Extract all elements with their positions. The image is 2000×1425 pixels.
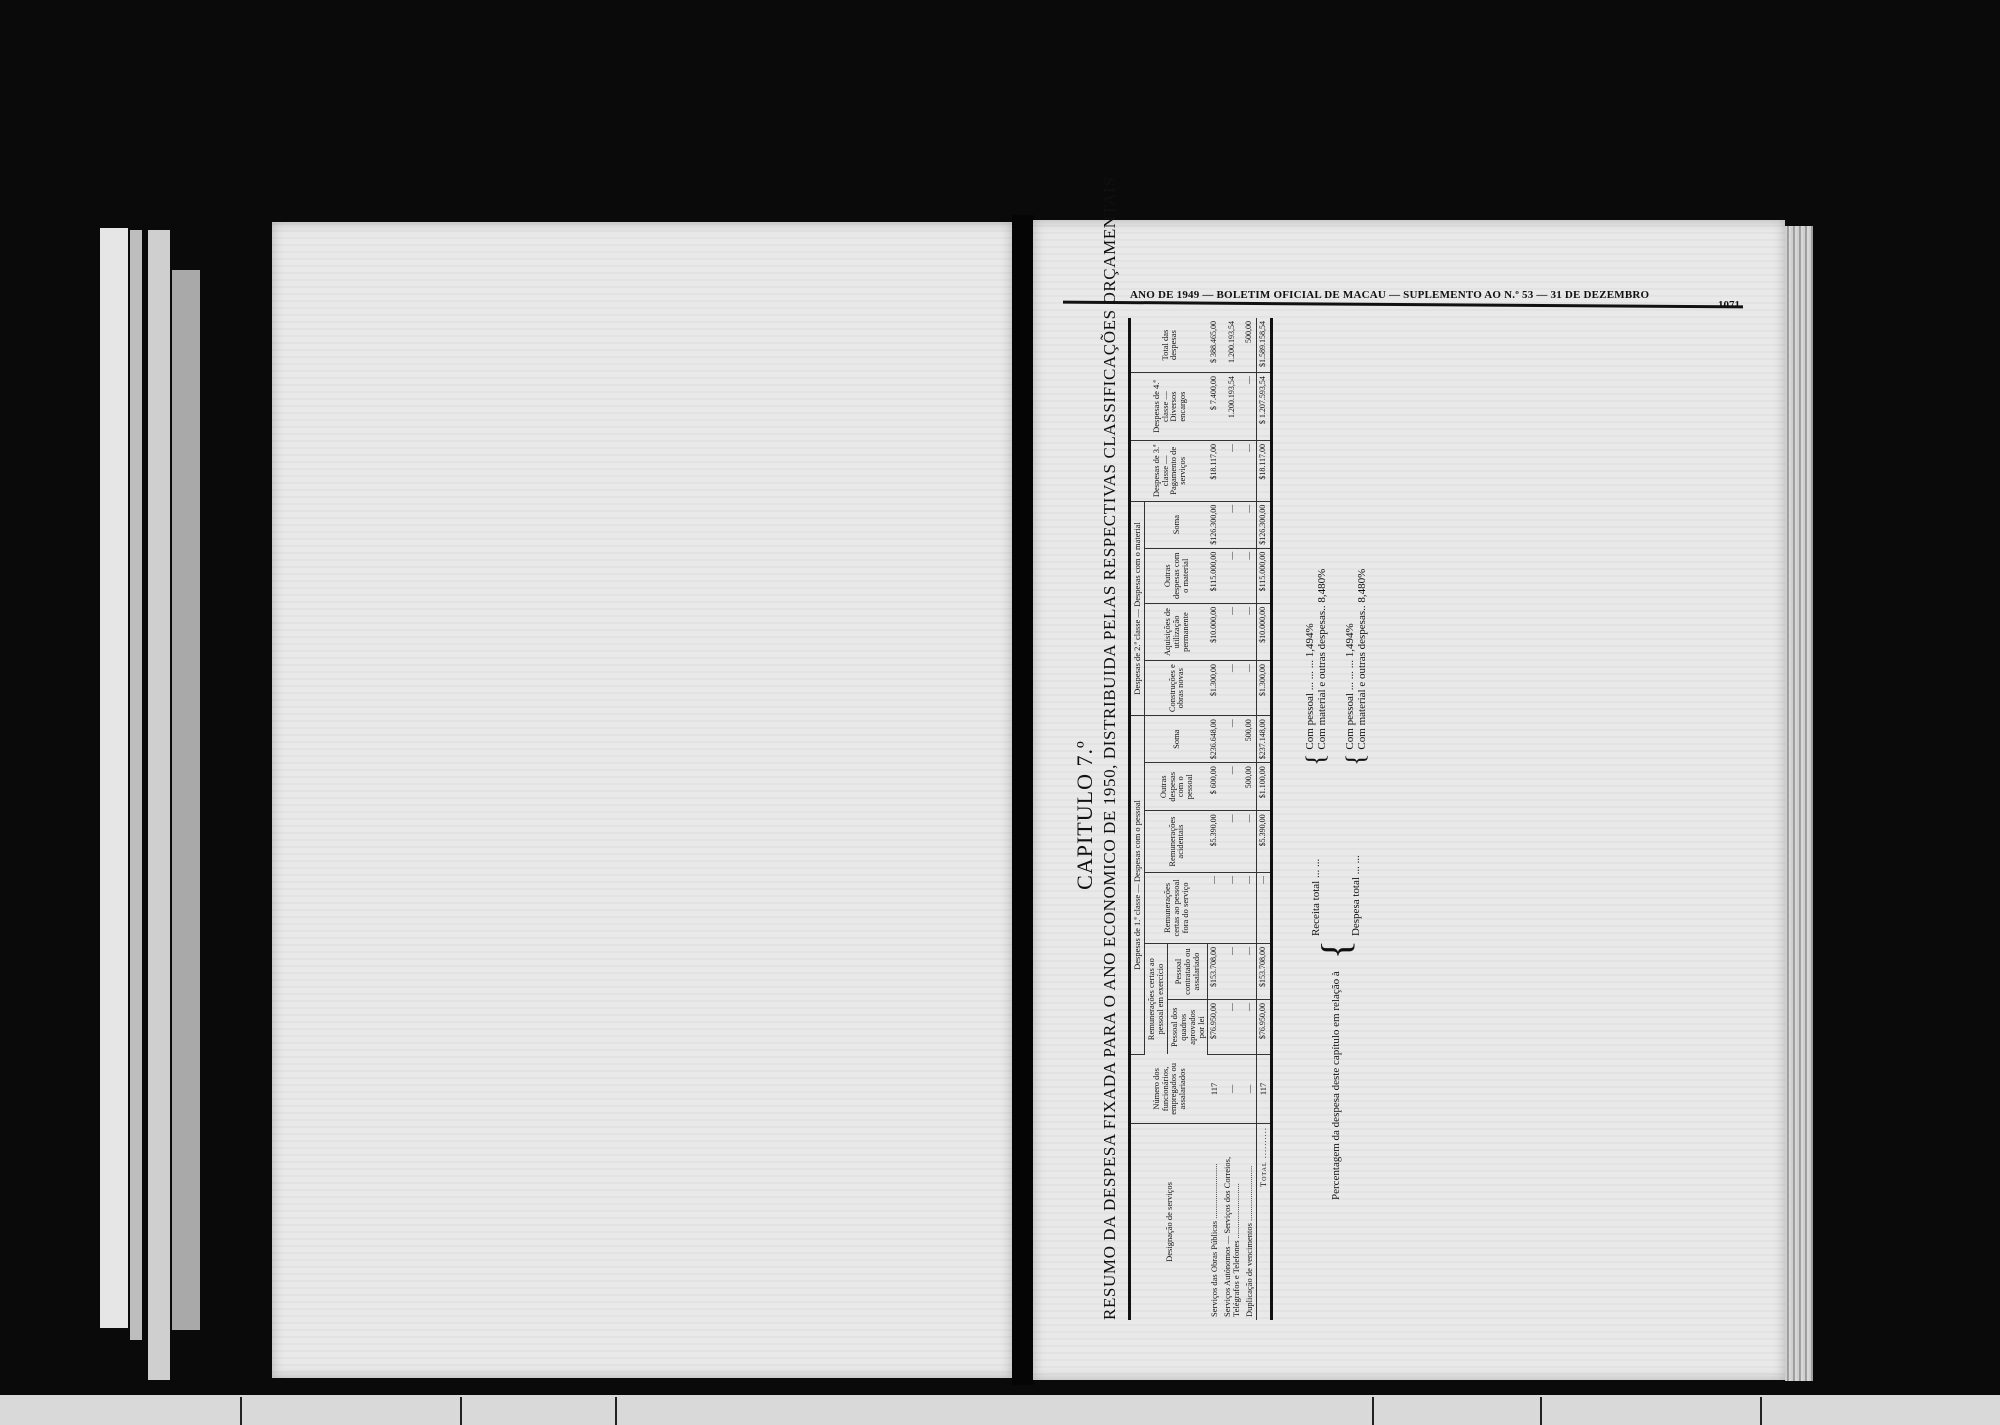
col-soma1: Soma	[1144, 716, 1208, 763]
col-outras-pessoal: Outras despesas com o pessoal	[1144, 763, 1208, 811]
total-label: Total ..........	[1256, 1124, 1271, 1321]
service-name: Serviços das Obras Públicas ............…	[1208, 1124, 1221, 1321]
percent-item: Com material e outras despesas.. 8,480%	[1356, 569, 1368, 750]
cell-aquisicoes: —	[1243, 603, 1256, 660]
cell-soma1: $236.648,00	[1208, 716, 1221, 763]
total-pessoal-contratado: $153.708,00	[1256, 943, 1271, 999]
group-classe2: Despesas de 2.ª classe — Despesas com o …	[1130, 501, 1145, 716]
brace: {	[1303, 754, 1329, 766]
cell-classe4: 1.200.193,54	[1221, 373, 1243, 441]
cell-total: 1.200.193,54	[1221, 318, 1243, 373]
col-total: Total das despesas	[1130, 318, 1208, 373]
service-name: Serviços Autónomos — Serviços dos Correi…	[1221, 1124, 1243, 1321]
percent-item: Com pessoal ... ... ... 1,494%	[1344, 569, 1356, 750]
book-gutter	[1012, 215, 1034, 1385]
cell-pessoal-contratado: $153.708,00	[1208, 943, 1221, 999]
col-designacao: Designação de serviços	[1130, 1124, 1208, 1321]
percent-reference: Despesa total ... ...	[1350, 766, 1362, 936]
service-name: Duplicação de vencimentos ..............…	[1243, 1124, 1256, 1321]
chapter-title: CAPITULO 7.º	[1072, 310, 1098, 1320]
total-classe3: $18.117,00	[1256, 440, 1271, 501]
cell-soma1: 500,00	[1243, 716, 1256, 763]
cell-pessoal-quadros: $76.950,00	[1208, 1000, 1221, 1055]
cell-aquisicoes: —	[1221, 603, 1243, 660]
summary-title: RESUMO DA DESPESA FIXADA PARA O ANO ECON…	[1100, 310, 1120, 1320]
cell-outras-pessoal: —	[1221, 763, 1243, 811]
cell-classe3: —	[1221, 440, 1243, 501]
cell-remuneracoes-acidentais: —	[1243, 811, 1256, 873]
col-aquisicoes: Aquisições de utilização permanente	[1144, 603, 1208, 660]
cell-outras-pessoal: 500,00	[1243, 763, 1256, 811]
group-classe1: Despesas de 1.ª classe — Despesas com o …	[1130, 716, 1145, 1055]
percentages-label: Percentagem da despesa deste capítulo em…	[1330, 971, 1342, 1200]
col-numero: Número dos funcionários, empregados ou a…	[1130, 1054, 1208, 1123]
brace: {	[1316, 940, 1356, 959]
cell-outras-material: —	[1243, 548, 1256, 603]
total-row: Total ..........117$76.950,00$153.708,00…	[1256, 318, 1271, 1320]
cell-pessoal-quadros: —	[1243, 1000, 1256, 1055]
percent-group: Despesa total ... ...{Com pessoal ... ..…	[1343, 569, 1369, 936]
cell-pessoal-contratado: —	[1243, 943, 1256, 999]
page-edge	[100, 228, 128, 1328]
budget-summary-table: Designação de serviços Número dos funcio…	[1128, 318, 1273, 1320]
cell-soma2: $126.300,00	[1208, 501, 1221, 548]
running-head: ANO DE 1949 — BOLETIM OFICIAL DE MACAU —…	[1130, 289, 1710, 301]
percentages-block: Percentagem da despesa deste capítulo em…	[1303, 310, 1369, 1200]
page-edges-right	[1785, 226, 1813, 1381]
left-page-blank	[272, 222, 1012, 1378]
cell-numero: 117	[1208, 1054, 1221, 1123]
col-remuneracoes-acidentais: Remunerações acidentais	[1144, 811, 1208, 873]
cell-aquisicoes: $10.000,00	[1208, 603, 1221, 660]
total-soma1: $237.148,00	[1256, 716, 1271, 763]
percent-reference: Receita total ... ...	[1310, 766, 1322, 936]
cell-classe3: —	[1243, 440, 1256, 501]
scan-bottom-strip	[0, 1395, 2000, 1425]
cell-classe4: —	[1243, 373, 1256, 441]
cell-numero: —	[1221, 1054, 1243, 1123]
page-edge	[130, 230, 142, 1340]
total-construcoes: $1.300,00	[1256, 661, 1271, 716]
cell-outras-pessoal: $ 600,00	[1208, 763, 1221, 811]
table-row: Serviços das Obras Públicas ............…	[1208, 318, 1221, 1320]
cell-soma2: —	[1221, 501, 1243, 548]
percent-group: Receita total ... ...{Com pessoal ... ..…	[1303, 569, 1329, 936]
col-construcoes: Construções e obras novas	[1144, 661, 1208, 716]
page-edge	[148, 230, 170, 1380]
cell-soma2: —	[1243, 501, 1256, 548]
total-numero: 117	[1256, 1054, 1271, 1123]
col-classe4: Despesas de 4.ª classe — Diversos encarg…	[1130, 373, 1208, 441]
cell-construcoes: —	[1243, 661, 1256, 716]
cell-remuneracoes-fora: —	[1221, 872, 1243, 943]
cell-remuneracoes-acidentais: —	[1221, 811, 1243, 873]
percent-items: Com pessoal ... ... ... 1,494%Com materi…	[1344, 569, 1368, 750]
total-remuneracoes-acidentais: $5.390,00	[1256, 811, 1271, 873]
percent-item: Com material e outras despesas.. 8,480%	[1316, 569, 1328, 750]
cell-pessoal-quadros: —	[1221, 1000, 1243, 1055]
cell-classe4: $ 7.400,00	[1208, 373, 1221, 441]
group-remuneracoes-exercicio: Remunerações certas ao pessoal em exercí…	[1144, 943, 1167, 1054]
total-remuneracoes-fora: —	[1256, 872, 1271, 943]
percent-item: Com pessoal ... ... ... 1,494%	[1304, 569, 1316, 750]
col-soma2: Soma	[1144, 501, 1208, 548]
rotated-table-block: CAPITULO 7.º RESUMO DA DESPESA FIXADA PA…	[1070, 310, 1570, 1320]
total-pessoal-quadros: $76.950,00	[1256, 1000, 1271, 1055]
page-edge	[172, 270, 200, 1330]
col-outras-material: Outras despesas com o material	[1144, 548, 1208, 603]
total-classe4: $ 1.207.593,54	[1256, 373, 1271, 441]
brace: {	[1343, 754, 1369, 766]
cell-classe3: $18.117,00	[1208, 440, 1221, 501]
cell-soma1: —	[1221, 716, 1243, 763]
total-aquisicoes: $10.000,00	[1256, 603, 1271, 660]
cell-construcoes: $1.300,00	[1208, 661, 1221, 716]
cell-remuneracoes-fora: —	[1243, 872, 1256, 943]
cell-pessoal-contratado: —	[1221, 943, 1243, 999]
col-classe3: Despesas de 3.ª classe — Pagamento de se…	[1130, 440, 1208, 501]
percent-items: Com pessoal ... ... ... 1,494%Com materi…	[1304, 569, 1328, 750]
cell-outras-material: —	[1221, 548, 1243, 603]
cell-numero: —	[1243, 1054, 1256, 1123]
col-pessoal-contratado: Pessoal contratado ou assalariado	[1167, 943, 1208, 999]
cell-outras-material: $115.000,00	[1208, 548, 1221, 603]
col-remuneracoes-fora: Remunerações certas ao pessoal fora do s…	[1144, 872, 1208, 943]
total-total: $1.589.158,54	[1256, 318, 1271, 373]
total-outras-pessoal: $1.100,00	[1256, 763, 1271, 811]
cell-remuneracoes-acidentais: $5.390,00	[1208, 811, 1221, 873]
total-soma2: $126.300,00	[1256, 501, 1271, 548]
total-outras-material: $115.000,00	[1256, 548, 1271, 603]
cell-total: 500,00	[1243, 318, 1256, 373]
cell-remuneracoes-fora: —	[1208, 872, 1221, 943]
col-pessoal-quadros: Pessoal dos quadros aprovados por lei	[1167, 1000, 1208, 1055]
table-row: Serviços Autónomos — Serviços dos Correi…	[1221, 318, 1243, 1320]
table-row: Duplicação de vencimentos ..............…	[1243, 318, 1256, 1320]
cell-total: $ 388.465,00	[1208, 318, 1221, 373]
cell-construcoes: —	[1221, 661, 1243, 716]
